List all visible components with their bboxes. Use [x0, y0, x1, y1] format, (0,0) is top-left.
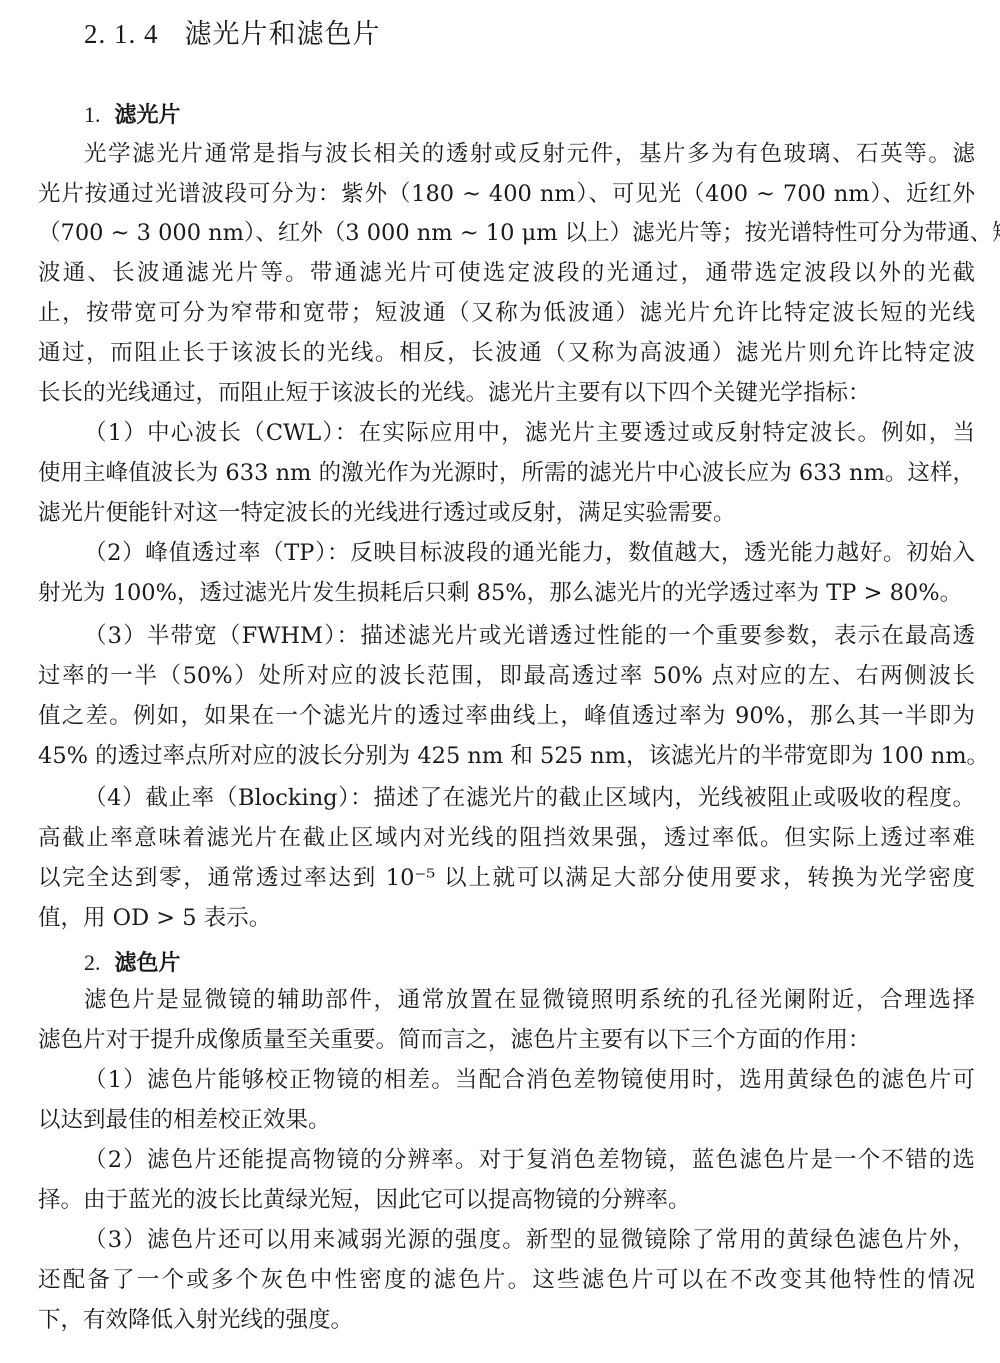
document-page: 2. 1. 4滤光片和滤色片 1.滤光片 光学滤光片通常是指与波长相关的透射或反… — [0, 0, 1000, 1363]
paragraph-line: 滤色片是显微镜的辅助部件，通常放置在显微镜照明系统的孔径光阑附近，合理选择 — [84, 986, 975, 1014]
subsection-number: 1. — [84, 102, 101, 127]
paragraph-line: 光学滤光片通常是指与波长相关的透射或反射元件，基片多为有色玻璃、石英等。滤 — [84, 140, 975, 168]
paragraph-line: 高截止率意味着滤光片在截止区域内对光线的阻挡效果强，透过率低。但实际上透过率难 — [38, 824, 975, 852]
subsection-heading-filters: 1.滤光片 — [84, 98, 181, 129]
paragraph-line: 值之差。例如，如果在一个滤光片的透过率曲线上，峰值透过率为 90%，那么其一半即… — [38, 702, 975, 730]
section-number: 2. 1. 4 — [84, 19, 159, 49]
paragraph-line: 止，按带宽可分为窄带和宽带；短波通（又称为低波通）滤光片允许比特定波长短的光线 — [38, 299, 975, 327]
paragraph-line: （4）截止率（Blocking）：描述了在滤光片的截止区域内，光线被阻止或吸收的… — [84, 784, 975, 812]
section-heading: 2. 1. 4滤光片和滤色片 — [84, 12, 381, 51]
paragraph-line: 长长的光线通过，而阻止短于该波长的光线。滤光片主要有以下四个关键光学指标： — [38, 379, 975, 407]
subsection-number: 2. — [84, 950, 101, 975]
paragraph-line: （2）峰值透过率（TP）：反映目标波段的通光能力，数值越大，透光能力越好。初始入 — [84, 539, 975, 567]
paragraph-line: （3）半带宽（FWHM）：描述滤光片或光谱透过性能的一个重要参数，表示在最高透 — [84, 622, 975, 650]
paragraph-line: 使用主峰值波长为 633 nm 的激光作为光源时，所需的滤光片中心波长应为 63… — [38, 459, 975, 487]
paragraph-line: 以达到最佳的相差校正效果。 — [38, 1106, 975, 1134]
paragraph-line: 通过，而阻止长于该波长的光线。相反，长波通（又称为高波通）滤光片则允许比特定波 — [38, 339, 975, 367]
paragraph-line: 下，有效降低入射光线的强度。 — [38, 1306, 975, 1334]
paragraph-line: 波通、长波通滤光片等。带通滤光片可使选定波段的光通过，通带选定波段以外的光截 — [38, 259, 975, 287]
paragraph-line: 射光为 100%，透过滤光片发生损耗后只剩 85%，那么滤光片的光学透过率为 T… — [38, 579, 975, 607]
paragraph-line: （1）滤色片能够校正物镜的相差。当配合消色差物镜使用时，选用黄绿色的滤色片可 — [84, 1066, 975, 1094]
paragraph-line: 还配备了一个或多个灰色中性密度的滤色片。这些滤色片可以在不改变其他特性的情况 — [38, 1266, 975, 1294]
subsection-title: 滤光片 — [115, 102, 181, 128]
paragraph-line: （3）滤色片还可以用来减弱光源的强度。新型的显微镜除了常用的黄绿色滤色片外， — [84, 1226, 975, 1254]
paragraph-line: 滤光片便能针对这一特定波长的光线进行透过或反射，满足实验需要。 — [38, 499, 975, 527]
paragraph-line: 滤色片对于提升成像质量至关重要。简而言之，滤色片主要有以下三个方面的作用： — [38, 1026, 975, 1054]
subsection-title: 滤色片 — [115, 950, 181, 976]
paragraph-line: 以完全达到零，通常透过率达到 10⁻⁵ 以上就可以满足大部分使用要求，转换为光学… — [38, 864, 975, 892]
paragraph-line: 择。由于蓝光的波长比黄绿光短，因此它可以提高物镜的分辨率。 — [38, 1186, 975, 1214]
paragraph-line: 值，用 OD > 5 表示。 — [38, 904, 975, 932]
paragraph-line: （1）中心波长（CWL）：在实际应用中，滤光片主要透过或反射特定波长。例如，当 — [84, 419, 975, 447]
paragraph-line: 45% 的透过率点所对应的波长分别为 425 nm 和 525 nm，该滤光片的… — [38, 742, 975, 770]
subsection-heading-color-filters: 2.滤色片 — [84, 946, 181, 977]
paragraph-line: 光片按通过光谱波段可分为：紫外（180 ~ 400 nm）、可见光（400 ~ … — [38, 180, 975, 208]
paragraph-line: （2）滤色片还能提高物镜的分辨率。对于复消色差物镜，蓝色滤色片是一个不错的选 — [84, 1146, 975, 1174]
section-title: 滤光片和滤色片 — [185, 19, 381, 50]
paragraph-line: （700 ~ 3 000 nm）、红外（3 000 nm ~ 10 μm 以上）… — [38, 219, 975, 247]
paragraph-line: 过率的一半（50%）处所对应的波长范围，即最高透过率 50% 点对应的左、右两侧… — [38, 662, 975, 690]
